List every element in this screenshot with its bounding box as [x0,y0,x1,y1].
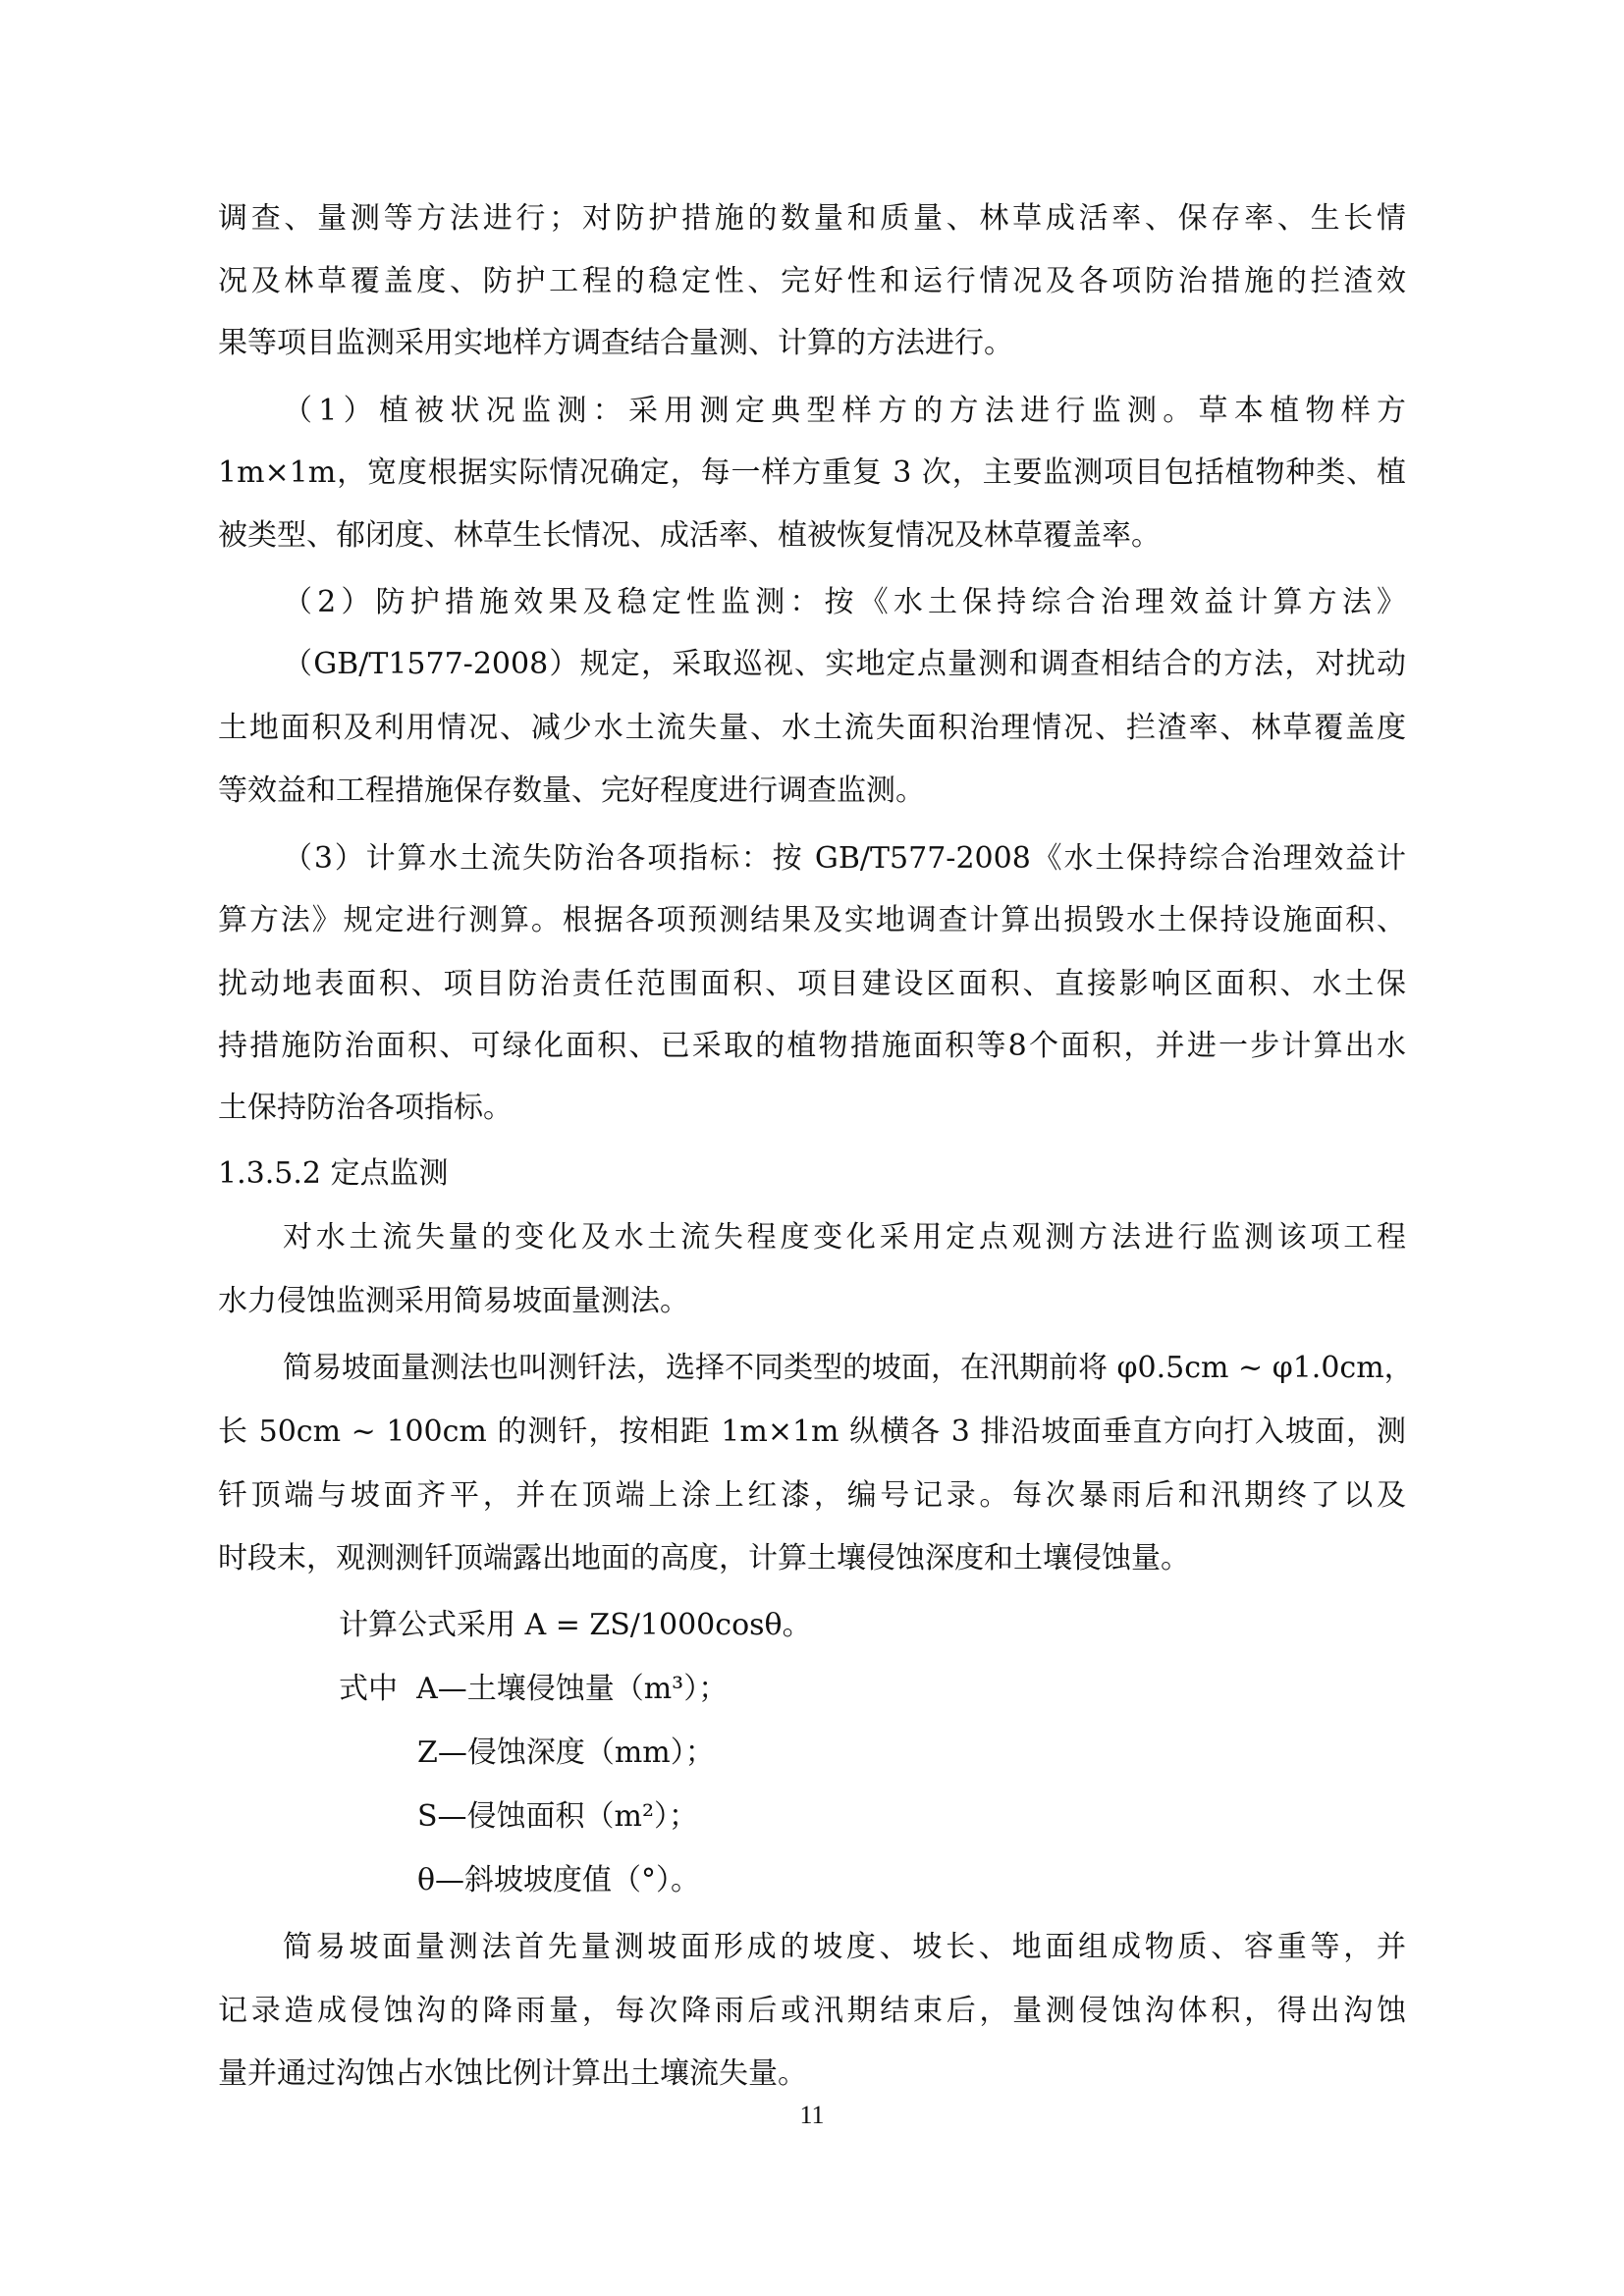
paragraph-line: （GB/T1577-2008）规定，采取巡视、实地定点量测和调查相结合的方法，对… [283,645,1406,684]
paragraph-line: 简易坡面量测法也叫测钎法，选择不同类型的坡面，在汛期前将 φ0.5cm ~ φ1… [283,1349,1406,1388]
formula-variable-definition: θ—斜坡坡度值（°）。 [417,1861,700,1900]
paragraph-line: 被类型、郁闭度、林草生长情况、成活率、植被恢复情况及林草覆盖率。 [218,516,1406,556]
paragraph-line: 1m×1m，宽度根据实际情况确定，每一样方重复 3 次，主要监测项目包括植物种类… [218,454,1406,493]
paragraph-line: 对水土流失量的变化及水土流失程度变化采用定点观测方法进行监测该项工程 [283,1218,1406,1257]
paragraph-line: 果等项目监测采用实地样方调查结合量测、计算的方法进行。 [218,324,1406,363]
paragraph-line: 土保持防治各项指标。 [218,1089,1406,1128]
formula-line: 计算公式采用 A = ZS/1000cosθ。 [339,1606,812,1645]
paragraph-line: 量并通过沟蚀占水蚀比例计算出土壤流失量。 [218,2055,1406,2094]
paragraph-line: 水力侵蚀监测采用简易坡面量测法。 [218,1282,1406,1321]
paragraph-line: 持措施防治面积、可绿化面积、已采取的植物措施面积等8个面积，并进一步计算出水 [218,1027,1406,1066]
paragraph-line: （3）计算水土流失防治各项指标：按 GB/T577-2008《水土保持综合治理效… [283,839,1406,879]
paragraph-line: 况及林草覆盖度、防护工程的稳定性、完好性和运行情况及各项防治措施的拦渣效 [218,262,1406,301]
paragraph-line: 调查、量测等方法进行；对防护措施的数量和质量、林草成活率、保存率、生长情 [218,199,1406,239]
formula-variable-definition: Z—侵蚀深度（mm）； [417,1734,715,1773]
paragraph-line: 等效益和工程措施保存数量、完好程度进行调查监测。 [218,772,1406,811]
paragraph-line: （1）植被状况监测：采用测定典型样方的方法进行监测。草本植物样方 [283,392,1406,431]
paragraph-line: 钎顶端与坡面齐平，并在顶端上涂上红漆，编号记录。每次暴雨后和汛期终了以及 [218,1476,1406,1516]
paragraph-line: 简易坡面量测法首先量测坡面形成的坡度、坡长、地面组成物质、容重等，并 [283,1928,1406,1967]
paragraph-line: 长 50cm ~ 100cm 的测钎，按相距 1m×1m 纵横各 3 排沿坡面垂… [218,1413,1406,1452]
paragraph-line: 扰动地表面积、项目防治责任范围面积、项目建设区面积、直接影响区面积、水土保 [218,965,1406,1004]
section-heading: 1.3.5.2 定点监测 [218,1154,449,1194]
paragraph-line: 记录造成侵蚀沟的降雨量，每次降雨后或汛期结束后，量测侵蚀沟体积，得出沟蚀 [218,1992,1406,2031]
formula-variable-definition: S—侵蚀面积（m²）； [417,1797,698,1837]
page-number: 11 [0,2101,1624,2130]
paragraph-line: 时段末，观测测钎顶端露出地面的高度，计算土壤侵蚀深度和土壤侵蚀量。 [218,1539,1406,1578]
document-page: 调查、量测等方法进行；对防护措施的数量和质量、林草成活率、保存率、生长情 况及林… [0,0,1624,2296]
formula-variable-definition: 式中 A—土壤侵蚀量（m³）； [339,1670,728,1709]
paragraph-line: 算方法》规定进行测算。根据各项预测结果及实地调查计算出损毁水土保持设施面积、 [218,901,1406,940]
paragraph-line: 土地面积及利用情况、减少水土流失量、水土流失面积治理情况、拦渣率、林草覆盖度 [218,709,1406,748]
paragraph-line: （2）防护措施效果及稳定性监测：按《水土保持综合治理效益计算方法》 [283,583,1406,622]
